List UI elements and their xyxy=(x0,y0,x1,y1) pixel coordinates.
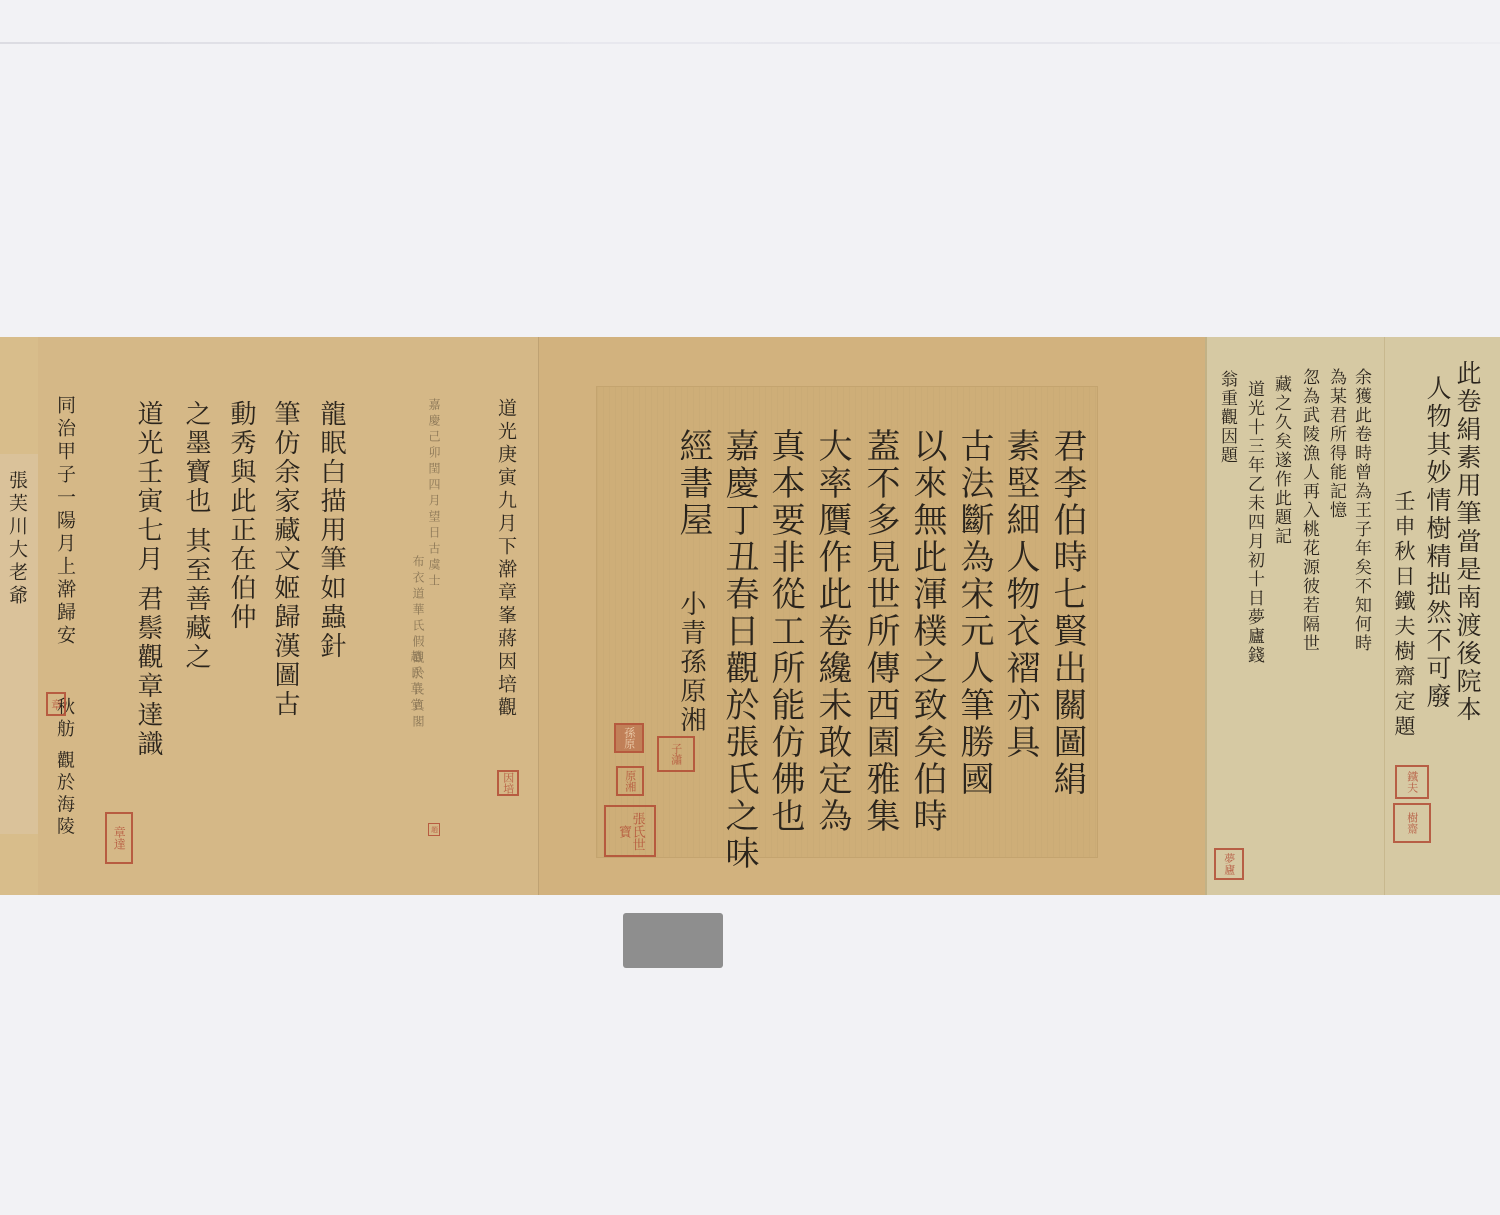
seal-right-3: 樹齋 xyxy=(1393,803,1431,843)
main-inscription-line-3: 古法斷為宋元人筆勝國 xyxy=(957,428,991,798)
seal-sun-3: 原湘 xyxy=(616,766,644,796)
seal-sun-1: 孫原 xyxy=(614,723,644,753)
right-colophon-line-2: 人物其妙情樹精拙然不可廢 xyxy=(1425,375,1450,711)
main-inscription-line-8: 嘉慶丁丑春日觀於張氏之味 xyxy=(722,428,756,872)
right-colophon-small-4: 藏之久矣遂作此題記 xyxy=(1272,375,1289,546)
right-colophon-line-3: 壬申秋日鐵夫樹齋定題 xyxy=(1393,490,1414,740)
colophon-renyin-line-5: 道光壬寅七月 君鬃觀章達識 xyxy=(135,400,161,759)
main-inscription-line-4: 以來無此渾樸之致矣伯時 xyxy=(910,428,944,835)
colophon-jimao-line-1: 嘉慶己卯閏四月望日古虞士 xyxy=(428,398,440,590)
colophon-jimao-line-3: 趙氏草堂 xyxy=(410,650,422,714)
main-inscription-line-6: 大率贋作此卷纔未敢定為 xyxy=(815,428,849,835)
colophon-tongzhi-line-1: 同治甲子一陽月上澣歸安 xyxy=(55,395,74,648)
seal-left-1: 章 xyxy=(46,692,66,716)
right-colophon-small-1: 余獲此卷時曾為王子年矣不知何時 xyxy=(1352,368,1369,653)
colophon-renyin-line-4: 之墨寶也 其至善藏之 xyxy=(183,400,209,672)
main-inscription-line-5: 蓋不多見世所傳西園雅集 xyxy=(863,428,897,835)
seal-left-2: 章達 xyxy=(105,812,133,864)
right-colophon-small-2: 為某君所得能記憶 xyxy=(1327,368,1344,520)
main-inscription-line-1: 君李伯時七賢出關圖絹 xyxy=(1050,428,1084,798)
seal-right-1: 夢廬 xyxy=(1214,848,1244,880)
main-inscription-line-7: 真本要非從工所能仿佛也 xyxy=(768,428,802,835)
seal-sun-2: 子瀟 xyxy=(657,736,695,772)
label-slip-text: 張芙川大老爺 xyxy=(7,470,26,608)
colophon-renyin-line-2: 筆仿余家藏文姬歸漢圖古 xyxy=(272,400,298,719)
gray-reference-card xyxy=(623,913,723,968)
colophon-renyin-line-1: 龍眠白描用筆如蟲針 xyxy=(318,400,344,661)
right-colophon-small-5: 道光十三年乙未四月初十日夢廬錢 xyxy=(1245,380,1262,665)
colophon-renyin-line-3: 動秀與此正在伯仲 xyxy=(228,400,254,632)
seal-zhao: 趙 xyxy=(428,823,440,836)
right-colophon-line-1: 此卷絹素用筆當是南渡後院本 xyxy=(1455,360,1480,724)
top-crease-line xyxy=(0,42,1500,44)
main-inscription-signature: 小青孫原湘 xyxy=(678,590,704,735)
main-inscription-line-9: 經書屋 xyxy=(676,428,710,539)
seal-jiang: 因培 xyxy=(497,770,519,796)
colophon-gengyin: 道光庚寅九月下澣章峯蔣因培觀 xyxy=(496,398,515,720)
paper-join-line xyxy=(1384,337,1385,895)
main-inscription-line-2: 素堅細人物衣褶亦具 xyxy=(1003,428,1037,761)
seal-collector: 張氏世寶 xyxy=(604,805,656,857)
colophon-tongzhi-line-2: 秋舫 觀於海陵 xyxy=(55,697,73,839)
right-colophon-small-6: 翁重觀因題 xyxy=(1218,370,1235,465)
seal-right-2: 鐵夫 xyxy=(1395,765,1429,799)
right-colophon-small-3: 忽為武陵漁人再入桃花源彼若隔世 xyxy=(1300,368,1317,653)
